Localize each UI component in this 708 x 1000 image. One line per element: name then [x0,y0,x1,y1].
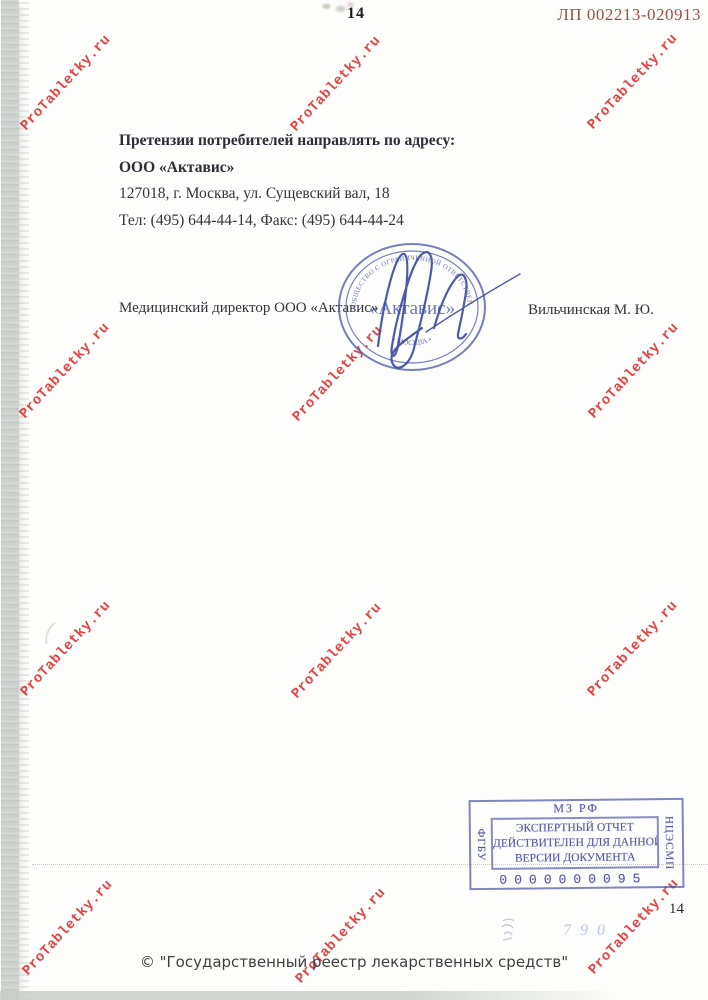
ink-smudge [501,916,517,944]
stamp-side-ncesmp: НЦЭСМП [663,816,676,870]
stamp-line-2: ДЕЙСТВИТЕЛЕН ДЛЯ ДАННОЙ [493,836,657,850]
watermark: ProTabletky.ru [17,320,114,422]
stamp-line-3: ВЕРСИИ ДОКУМЕНТА [493,851,657,865]
watermark: ProTabletky.ru [293,885,390,987]
watermark: ProTabletky.ru [288,33,385,135]
watermark: ProTabletky.ru [585,598,682,700]
watermark: ProTabletky.ru [586,320,683,422]
expert-report-stamp: МЗ РФ ЭКСПЕРТНЫЙ ОТЧЕТ ДЕЙСТВИТЕЛЕН ДЛЯ … [469,798,685,890]
stamp-text-box: ЭКСПЕРТНЫЙ ОТЧЕТ ДЕЙСТВИТЕЛЕН ДЛЯ ДАННОЙ… [491,816,660,870]
company-name: ООО «Актавис» [119,155,455,182]
stamp-org: МЗ РФ [471,800,682,817]
faint-stamp-number: 790 [562,922,616,940]
company-address: 127018, г. Москва, ул. Сущевский вал, 18 [119,181,455,208]
watermark: ProTabletky.ru [289,600,386,702]
company-seal: ОБЩЕСТВО С ОГРАНИЧЕННОЙ ОТВЕТСТВЕННОСТЬЮ… [330,228,600,378]
stamp-side-fgbu: ФГБУ [475,829,487,862]
scan-edge-left [1,0,19,1000]
scan-edge-bottom [0,991,620,1000]
watermark: ProTabletky.ru [18,598,115,700]
document-page: ProTabletky.ru ProTabletky.ru ProTabletk… [0,0,708,1000]
seal-ring-text: ОБЩЕСТВО С ОГРАНИЧЕННОЙ ОТВЕТСТВЕННОСТЬЮ [330,228,473,307]
claims-address-heading: Претензии потребителей направлять по адр… [119,128,455,155]
watermark: ProTabletky.ru [18,32,115,134]
copyright-line: © "Государственный реестр лекарственных … [0,953,708,971]
stamp-line-1: ЭКСПЕРТНЫЙ ОТЧЕТ [493,821,657,835]
page-number-bottom: 14 [669,901,684,918]
watermark: ProTabletky.ru [585,31,682,133]
claims-address-block: Претензии потребителей направлять по адр… [119,128,455,234]
page-number-top: 14 [347,5,365,23]
stamp-serial-number: 0000000095 [499,871,647,888]
registration-code: ЛП 002213-020913 [557,5,701,25]
